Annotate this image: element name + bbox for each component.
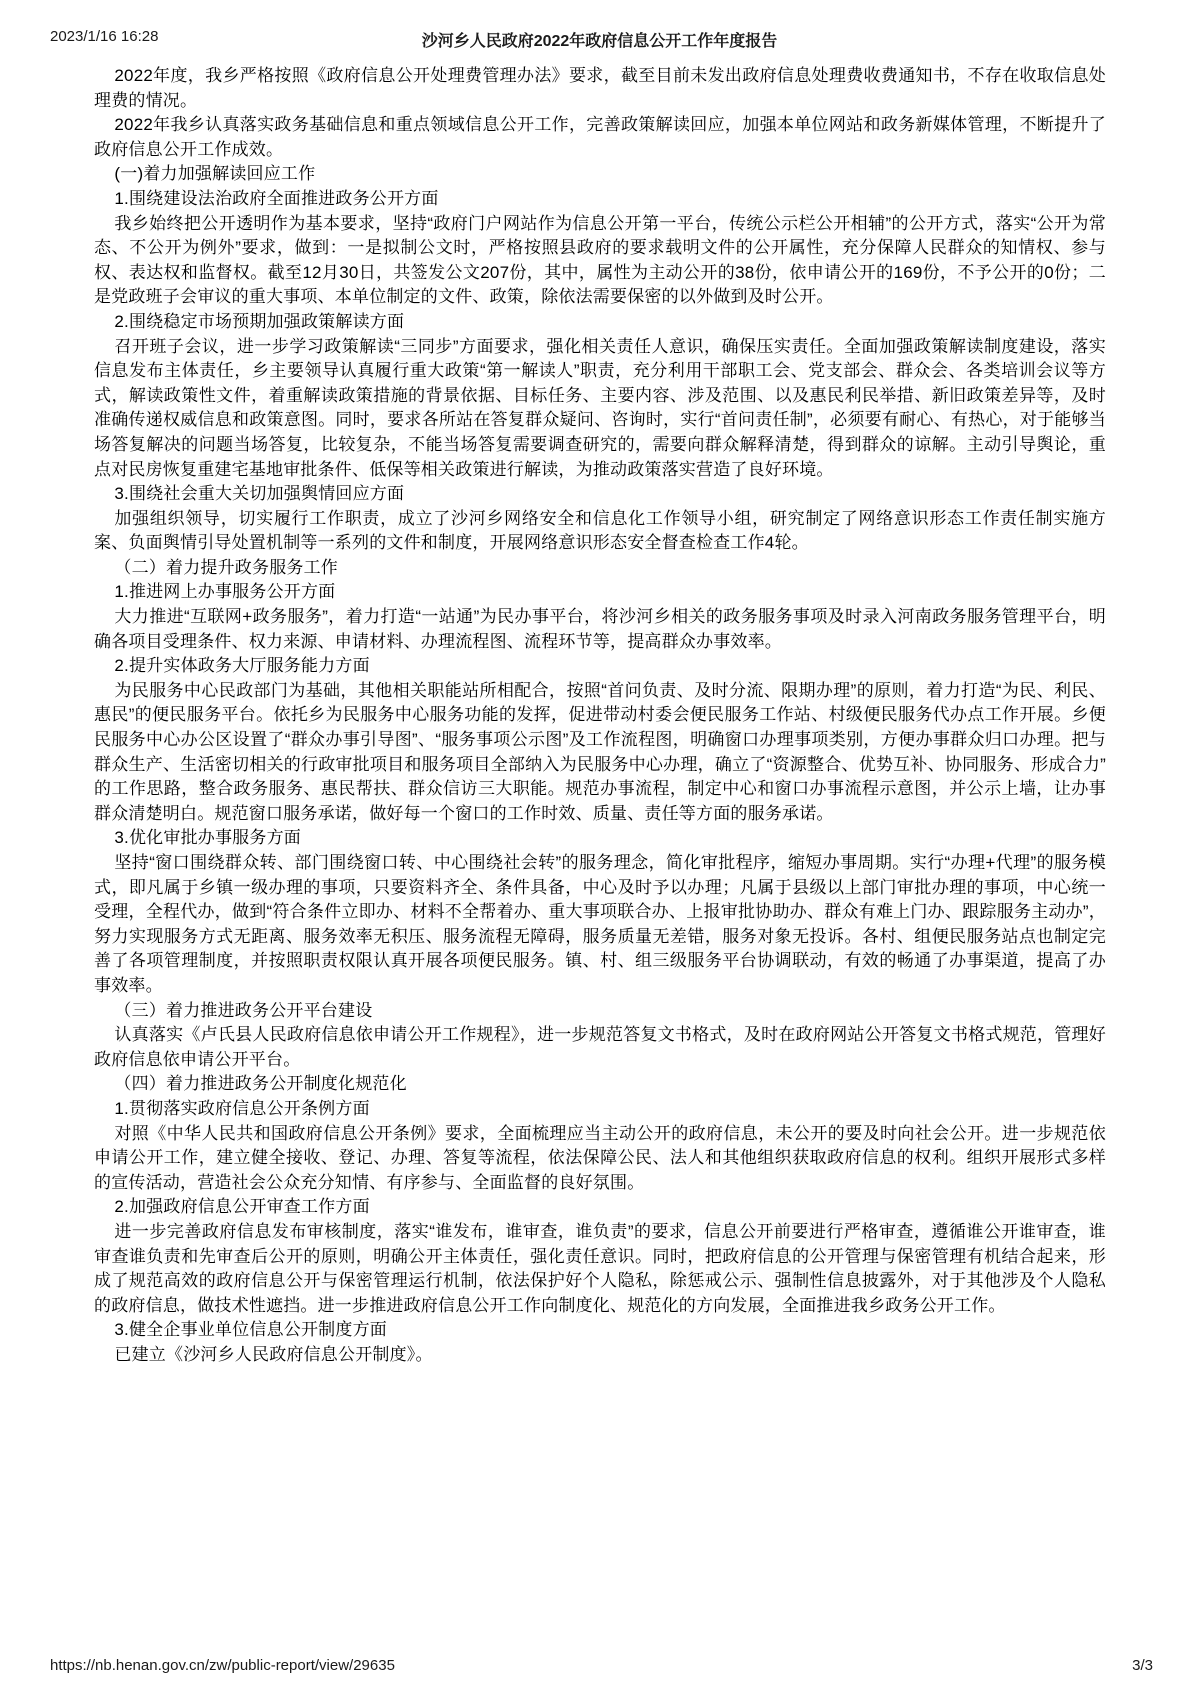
document-title: 沙河乡人民政府2022年政府信息公开工作年度报告 bbox=[0, 28, 1199, 51]
paragraph: 3.围绕社会重大关切加强舆情回应方面 bbox=[94, 482, 1106, 507]
paragraph: （三）着力推进政务公开平台建设 bbox=[94, 999, 1106, 1024]
paragraph: 大力推进“互联网+政务服务”，着力打造“一站通”为民办事平台，将沙河乡相关的政务… bbox=[94, 605, 1106, 654]
printed-page: 2023/1/16 16:28 沙河乡人民政府2022年政府信息公开工作年度报告… bbox=[0, 0, 1199, 1696]
paragraph: 2022年度，我乡严格按照《政府信息公开处理费管理办法》要求，截至目前未发出政府… bbox=[94, 64, 1106, 113]
paragraph: 2022年我乡认真落实政务基础信息和重点领域信息公开工作，完善政策解读回应，加强… bbox=[94, 113, 1106, 162]
paragraph: （四）着力推进政务公开制度化规范化 bbox=[94, 1072, 1106, 1097]
print-header: 2023/1/16 16:28 沙河乡人民政府2022年政府信息公开工作年度报告 bbox=[0, 28, 1199, 50]
paragraph: 坚持“窗口围绕群众转、部门围绕窗口转、中心围绕社会转”的服务理念，简化审批程序，… bbox=[94, 851, 1106, 999]
paragraph: 我乡始终把公开透明作为基本要求，坚持“政府门户网站作为信息公开第一平台，传统公示… bbox=[94, 212, 1106, 310]
paragraph: （二）着力提升政务服务工作 bbox=[94, 556, 1106, 581]
print-footer: https://nb.henan.gov.cn/zw/public-report… bbox=[0, 1654, 1199, 1674]
page-number: 3/3 bbox=[1132, 1657, 1153, 1674]
paragraph: 1.围绕建设法治政府全面推进政务公开方面 bbox=[94, 187, 1106, 212]
paragraph: 2.加强政府信息公开审查工作方面 bbox=[94, 1195, 1106, 1220]
paragraph: 召开班子会议，进一步学习政策解读“三同步”方面要求，强化相关责任人意识，确保压实… bbox=[94, 335, 1106, 483]
paragraph: 进一步完善政府信息发布审核制度，落实“谁发布，谁审查，谁负责”的要求，信息公开前… bbox=[94, 1220, 1106, 1318]
paragraph: 2.围绕稳定市场预期加强政策解读方面 bbox=[94, 310, 1106, 335]
paragraph: (一)着力加强解读回应工作 bbox=[94, 162, 1106, 187]
paragraph: 1.贯彻落实政府信息公开条例方面 bbox=[94, 1097, 1106, 1122]
paragraph: 为民服务中心民政部门为基础，其他相关职能站所相配合，按照“首问负责、及时分流、限… bbox=[94, 679, 1106, 827]
paragraph: 3.优化审批办事服务方面 bbox=[94, 826, 1106, 851]
paragraph: 认真落实《卢氏县人民政府信息依申请公开工作规程》，进一步规范答复文书格式，及时在… bbox=[94, 1023, 1106, 1072]
report-body: 2022年度，我乡严格按照《政府信息公开处理费管理办法》要求，截至目前未发出政府… bbox=[94, 64, 1106, 1367]
paragraph: 加强组织领导，切实履行工作职责，成立了沙河乡网络安全和信息化工作领导小组，研究制… bbox=[94, 507, 1106, 556]
paragraph: 已建立《沙河乡人民政府信息公开制度》。 bbox=[94, 1343, 1106, 1368]
source-url: https://nb.henan.gov.cn/zw/public-report… bbox=[50, 1657, 395, 1674]
paragraph: 1.推进网上办事服务公开方面 bbox=[94, 580, 1106, 605]
paragraph: 2.提升实体政务大厅服务能力方面 bbox=[94, 654, 1106, 679]
paragraph: 对照《中华人民共和国政府信息公开条例》要求，全面梳理应当主动公开的政府信息，未公… bbox=[94, 1122, 1106, 1196]
paragraph: 3.健全企事业单位信息公开制度方面 bbox=[94, 1318, 1106, 1343]
